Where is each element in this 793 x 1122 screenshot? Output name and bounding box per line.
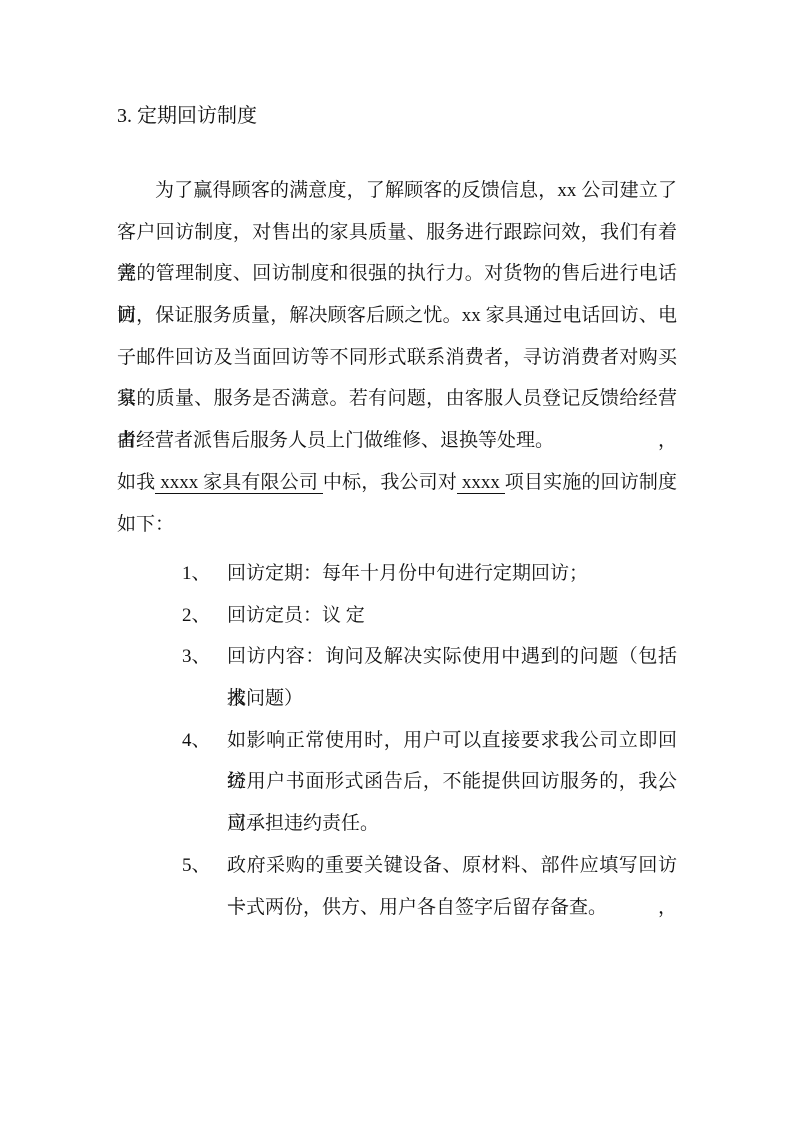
paragraph-line: 访，保证服务质量，解决顾客后顾之忧。xx 家具通过电话回访、电: [117, 295, 677, 337]
list-item-number: 2、: [182, 595, 211, 637]
list-item-number: 3、: [182, 636, 211, 678]
list-item-text: 应承担违约责任。: [227, 813, 379, 834]
list-item-line: 1、回访定期：每年十月份中旬进行定期回访；: [117, 553, 677, 595]
bid-middle: 中标，我公司对: [323, 472, 457, 493]
paragraph-line: 为了赢得顾客的满意度，了解顾客的反馈信息，xx 公司建立了: [117, 170, 677, 212]
list-item-line: 术问题）: [117, 678, 677, 720]
bid-line: 如我 xxxx 家具有限公司 中标，我公司对 xxxx 项目实施的回访制度: [117, 462, 677, 504]
bid-prefix: 如我: [117, 472, 155, 493]
list-item-number: 1、: [182, 553, 211, 595]
list-item-line: 5、政府采购的重要关键设备、原材料、部件应填写回访卡，: [117, 845, 677, 887]
list-item-line: 应承担违约责任。: [117, 803, 677, 845]
intro-paragraph: 为了赢得顾客的满意度，了解顾客的反馈信息，xx 公司建立了 客户回访制度，对售出…: [117, 170, 677, 545]
list-item-line: 经用户书面形式函告后，不能提供回访服务的，我公司: [117, 761, 677, 803]
numbered-list: 1、回访定期：每年十月份中旬进行定期回访； 2、回访定员：议 定 3、回访内容：…: [117, 553, 677, 928]
bid-suffix: 项目实施的回访制度: [505, 472, 677, 493]
list-item-text: 回访定员：议 定: [227, 605, 365, 626]
paragraph-line: 具的质量、服务是否满意。若有问题，由客服人员登记反馈给经营者，: [117, 378, 677, 420]
list-item-line: 一式两份，供方、用户各自签字后留存备查。: [117, 887, 677, 929]
list-item-text: 术问题）: [227, 688, 303, 709]
underline-blank-project: xxxx: [457, 472, 505, 494]
list-item-line: 2、回访定员：议 定: [117, 595, 677, 637]
list-item-line: 4、如影响正常使用时，用户可以直接要求我公司立即回访，: [117, 720, 677, 762]
list-item-number: 4、: [182, 720, 211, 762]
paragraph-line: 善的管理制度、回访制度和很强的执行力。对货物的售后进行电话回: [117, 253, 677, 295]
list-item-text: 回访定期：每年十月份中旬进行定期回访；: [227, 563, 588, 584]
document-page: 3. 定期回访制度 为了赢得顾客的满意度，了解顾客的反馈信息，xx 公司建立了 …: [0, 0, 793, 1122]
paragraph-line: 子邮件回访及当面回访等不同形式联系消费者，寻访消费者对购买家: [117, 337, 677, 379]
paragraph-line: 客户回访制度，对售出的家具质量、服务进行跟踪问效，我们有着完: [117, 212, 677, 254]
bid-line-continuation: 如下：: [117, 504, 677, 546]
list-item-number: 5、: [182, 845, 211, 887]
document-title: 3. 定期回访制度: [117, 102, 257, 130]
underline-blank-company: xxxx 家具有限公司: [155, 472, 323, 494]
list-item-text: 一式两份，供方、用户各自签字后留存备查。: [227, 897, 607, 918]
list-item-line: 3、回访内容：询问及解决实际使用中遇到的问题（包括技: [117, 636, 677, 678]
